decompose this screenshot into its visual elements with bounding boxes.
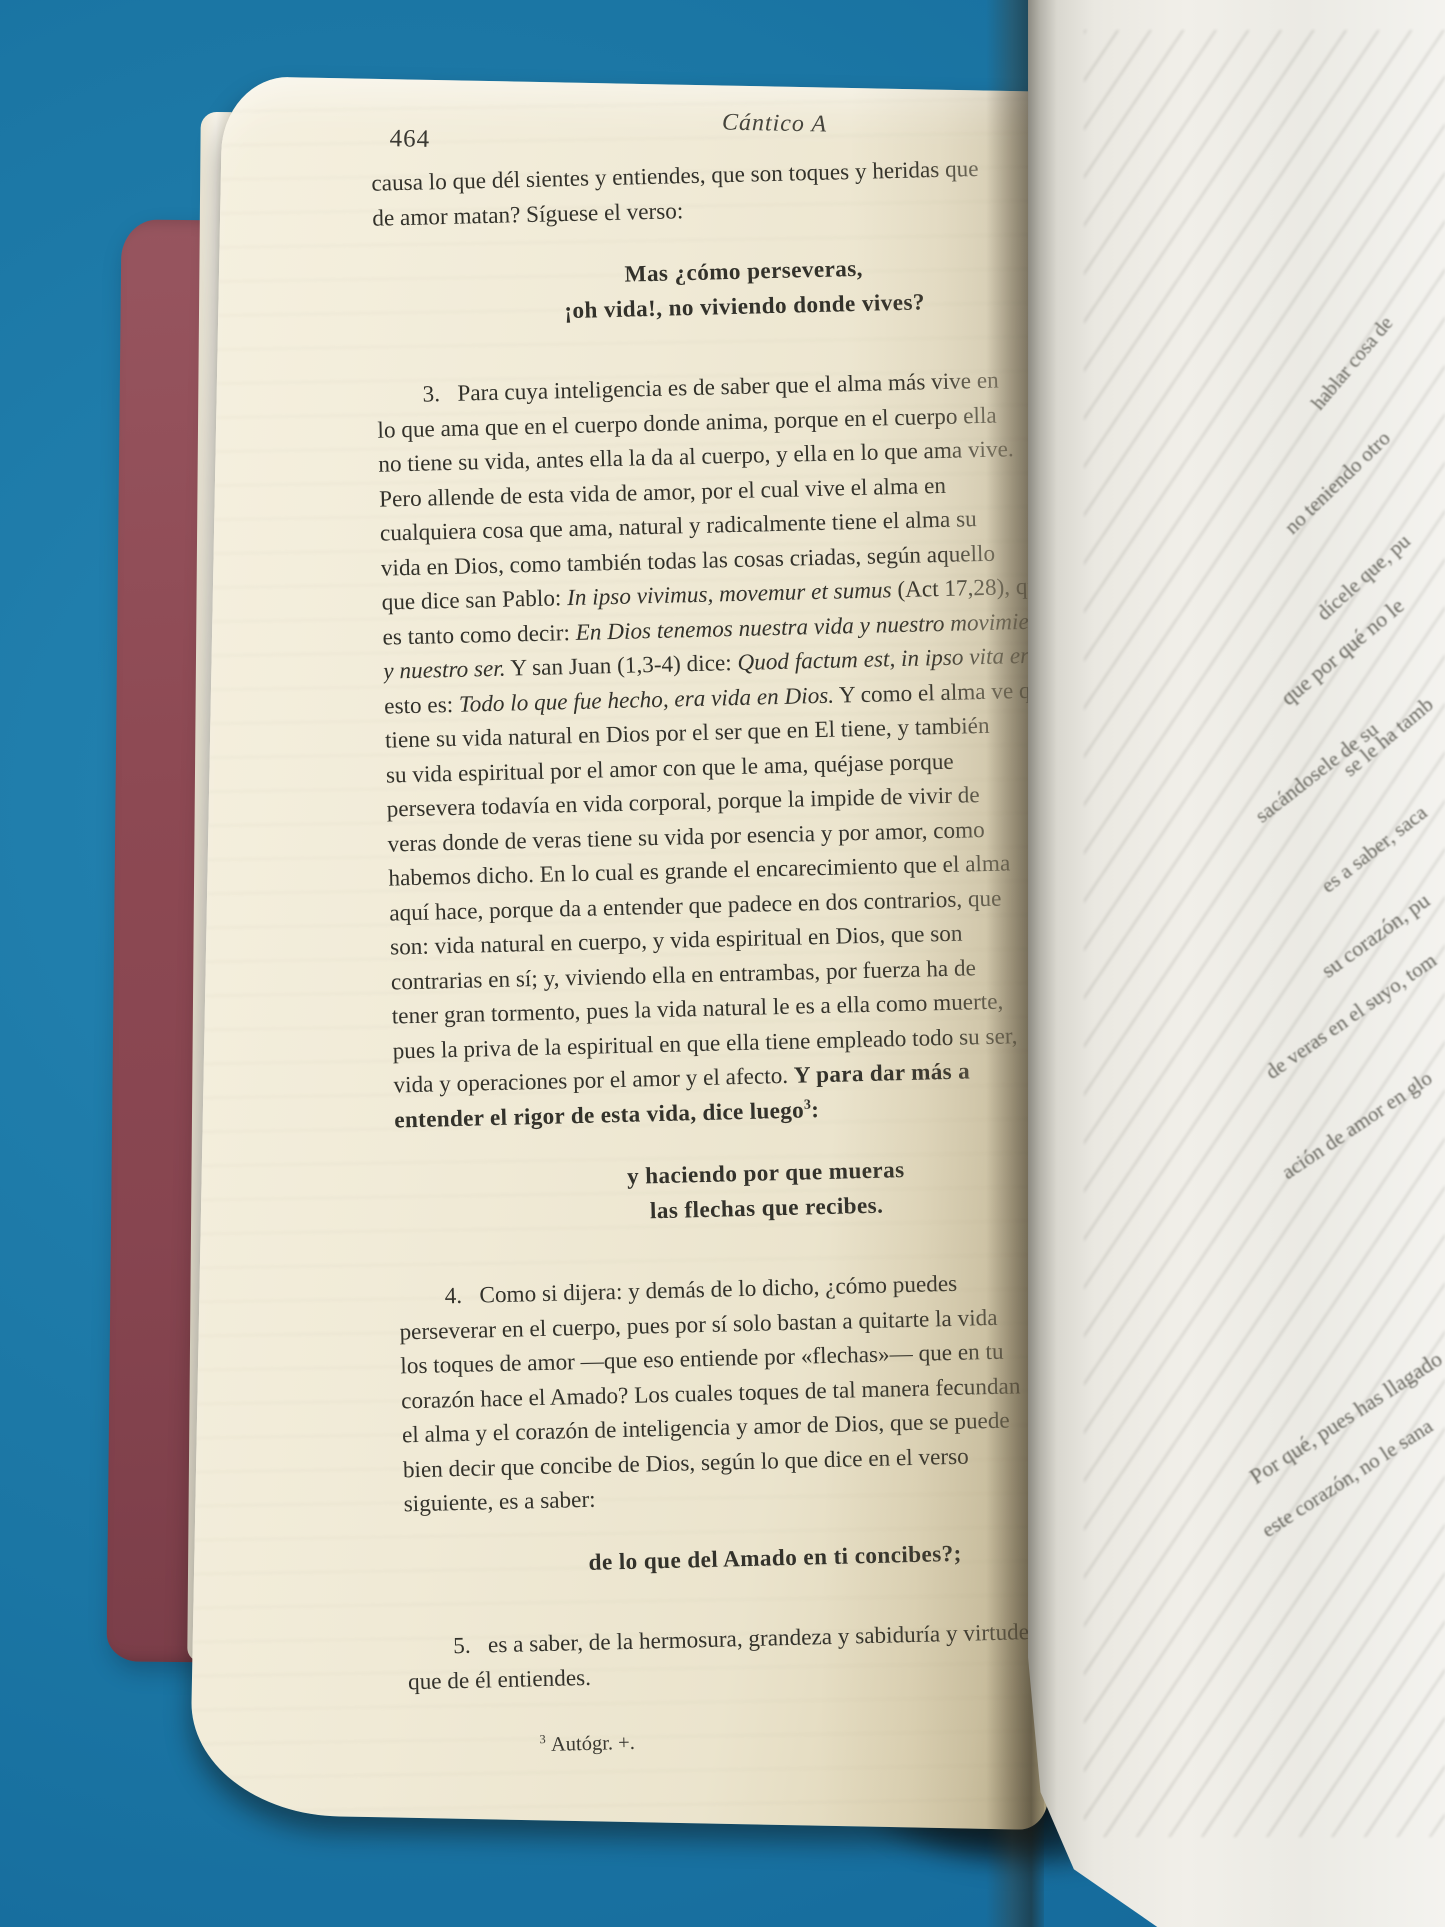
left-page: 464 Cántico A causa lo que dél sientes y… bbox=[189, 76, 1080, 1830]
curled-right-page: hablar cosa deno teniendo otrodícele que… bbox=[1028, 0, 1445, 1927]
footnote-text: Autógr. +. bbox=[546, 1732, 636, 1756]
running-header: Cántico A bbox=[722, 110, 828, 139]
page-number: 464 bbox=[389, 125, 430, 154]
book-photo-scene: 464 Cántico A causa lo que dél sientes y… bbox=[0, 0, 1445, 1927]
